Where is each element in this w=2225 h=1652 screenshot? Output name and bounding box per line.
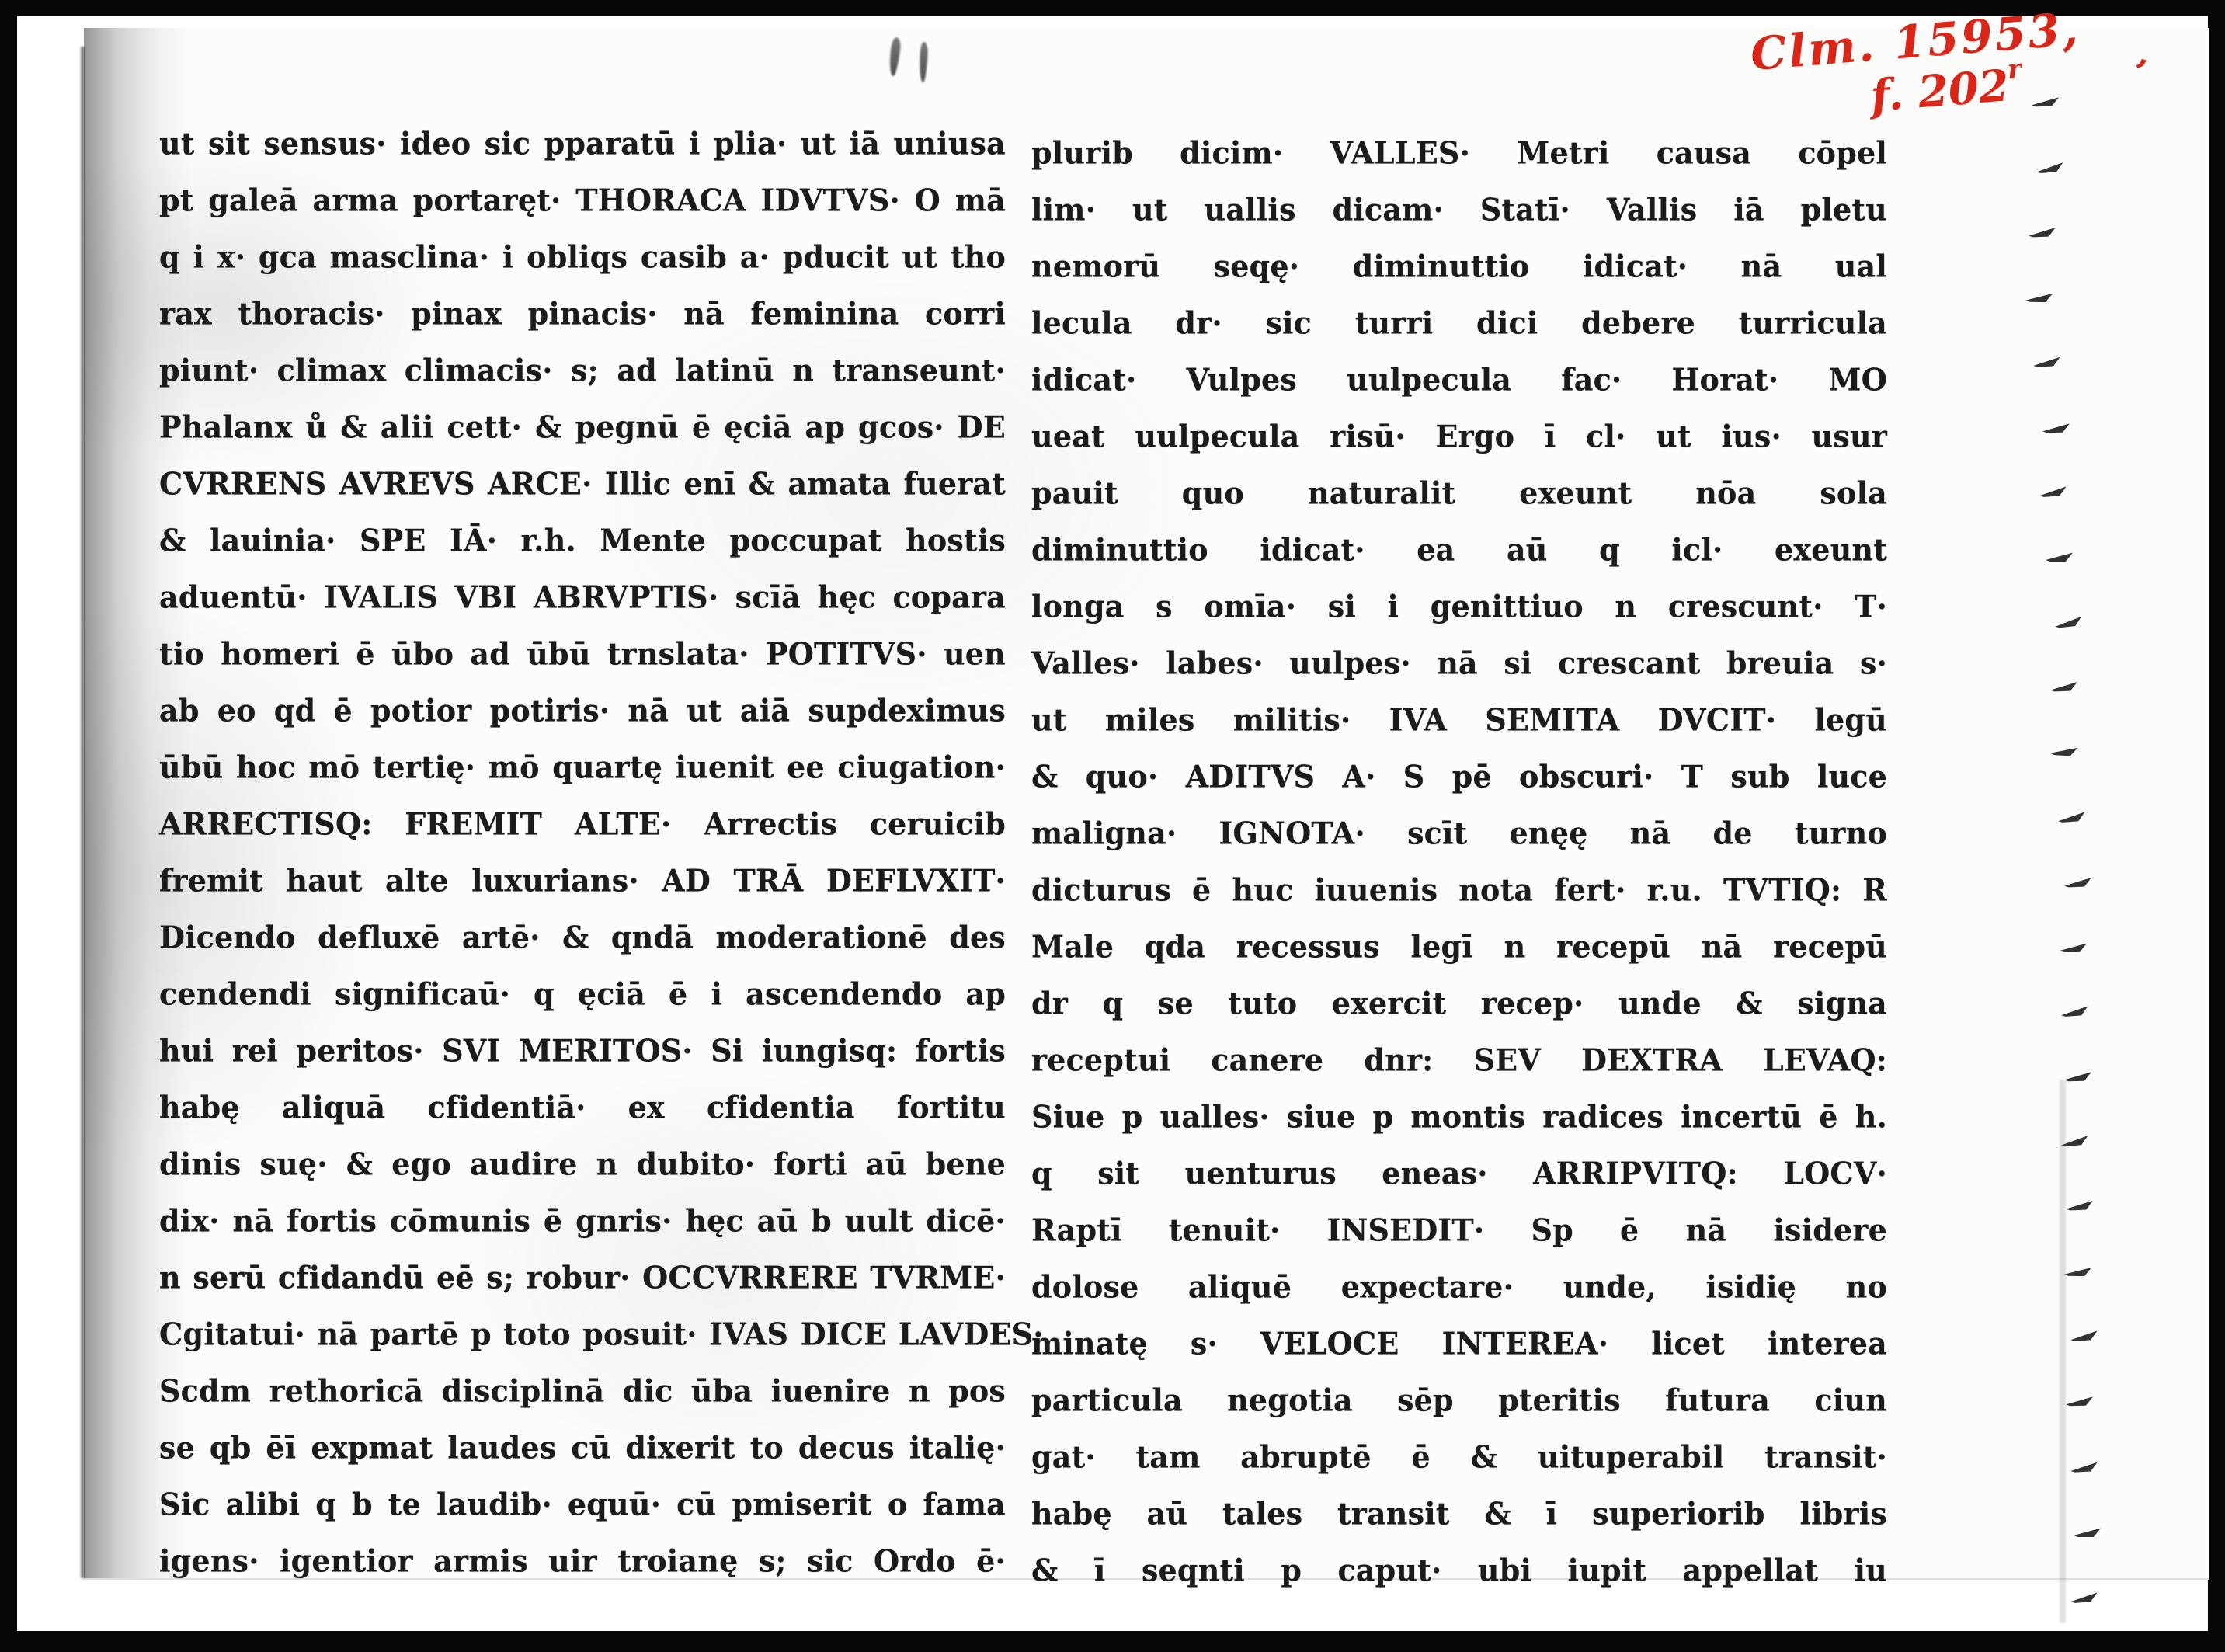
manuscript-line: lim· ut uallis dicam· Statī· Vallis iā p… <box>1031 180 1887 238</box>
manuscript-line: habę aliquā cfidentiā· ex cfidentia fort… <box>159 1078 1006 1136</box>
manuscript-line: piunt· climax climacis· s; ad latinū n t… <box>159 341 1006 399</box>
manuscript-line: ARRECTISQ: FREMIT ALTE· Arrectis ceruici… <box>159 795 1006 853</box>
manuscript-line: fremit haut alte luxurians· AD TRĀ DEFLV… <box>159 851 1006 909</box>
manuscript-line: maligna· IGNOTA· scīt enęę nā de turno <box>1031 804 1887 862</box>
manuscript-line: idicat· Vulpes uulpecula fac· Horat· MO <box>1031 350 1887 409</box>
manuscript-line: Valles· labes· uulpes· nā si crescant br… <box>1031 634 1887 692</box>
manuscript-line: cendendi significaū· q ęciā ē i ascenden… <box>159 965 1006 1023</box>
manuscript-line: Phalanx ů & alii cett· & pegnū ē ęciā ap… <box>159 398 1006 456</box>
manuscript-line: Dicendo defluxē artē· & qndā moderationē… <box>159 908 1006 966</box>
scanned-manuscript-page: ut sit sensus· ideo sic pparatū i plia· … <box>0 0 2225 1652</box>
showthrough-vertical-line <box>2060 1080 2066 1623</box>
manuscript-line: ut sit sensus· ideo sic pparatū i plia· … <box>159 114 1006 172</box>
page-edge <box>81 47 85 1578</box>
manuscript-line: Raptī tenuit· INSEDIT· Sp ē nā isidere <box>1031 1201 1887 1259</box>
manuscript-line: hui rei peritos· SVI MERITOS· Si iungisq… <box>159 1021 1006 1080</box>
manuscript-line: tio homeri ē ūbo ad ūbū trnslata· POTITV… <box>159 624 1006 683</box>
manuscript-line: rax thoracis· pinax pinacis· nā feminina… <box>159 284 1006 343</box>
manuscript-line: plurib dicim· VALLES· Metri causa cōpel <box>1031 123 1887 182</box>
folio-prefix: f. 202 <box>1869 60 2011 122</box>
manuscript-line: pt galeā arma portaręt· THORACA IDVTVS· … <box>159 171 1006 229</box>
manuscript-line: particula negotia sēp pteritis futura ci… <box>1031 1371 1887 1429</box>
manuscript-line: minatę s· VELOCE INTEREA· licet interea <box>1031 1314 1887 1372</box>
manuscript-line: nemorū seqę· diminuttio idicat· nā ual <box>1031 237 1887 295</box>
folio-superscript-r: r <box>2006 54 2022 85</box>
text-column-left: ut sit sensus· ideo sic pparatū i plia· … <box>159 115 1006 1589</box>
manuscript-line: Siue p ualles· siue p montis radices inc… <box>1031 1087 1887 1146</box>
manuscript-line: dinis suę· & ego audire n dubito· forti … <box>159 1135 1006 1193</box>
manuscript-line: se qb ēī expmat laudes cū dixerit to dec… <box>159 1418 1006 1476</box>
manuscript-line: dr q se tuto exercit recep· unde & signa <box>1031 974 1887 1032</box>
manuscript-line: igens· igentior armis uir troianę s; sic… <box>159 1532 1006 1590</box>
manuscript-line: dicturus ē huc iuuenis nota fert· r.u. T… <box>1031 861 1887 919</box>
manuscript-line: Male qda recessus legī n recepū nā recep… <box>1031 917 1887 976</box>
manuscript-line: CVRRENS AVREVS ARCE· Illic enī & amata f… <box>159 454 1006 513</box>
manuscript-line: lecula dr· sic turri dici debere turricu… <box>1031 294 1887 352</box>
manuscript-line: Sic alibi q b te laudib· equū· cū pmiser… <box>159 1475 1006 1533</box>
manuscript-line: longa s omīa· si i genittiuo n crescunt·… <box>1031 577 1887 635</box>
manuscript-line: Cgitatui· nā partē p toto posuit· IVAS D… <box>159 1305 1006 1363</box>
manuscript-line: n serū cfidandū eē s; robur· OCCVRRERE T… <box>159 1248 1006 1306</box>
manuscript-line: & lauinia· SPE IĀ· r.h. Mente poccupat h… <box>159 511 1006 569</box>
manuscript-line: q i x· gca masclina· i obliqs casib a· p… <box>159 228 1006 286</box>
manuscript-line: Scdm rethoricā disciplinā dic ūba iuenir… <box>159 1362 1006 1420</box>
manuscript-line: ut miles militis· IVA SEMITA DVCIT· legū <box>1031 690 1887 749</box>
manuscript-line: ūbū hoc mō tertię· mō quartę iuenit ee c… <box>159 738 1006 796</box>
manuscript-line: dix· nā fortis cōmunis ē gnris· hęc aū b… <box>159 1191 1006 1250</box>
manuscript-line: & quo· ADITVS A· S pē obscuri· T sub luc… <box>1031 747 1887 805</box>
manuscript-line: ueat uulpecula risū· Ergo ī cl· ut ius· … <box>1031 407 1887 465</box>
manuscript-line: diminuttio idicat· ea aū q icl· exeunt <box>1031 520 1887 579</box>
manuscript-line: dolose aliquē expectare· unde, isidię no <box>1031 1257 1887 1316</box>
manuscript-line: habę aū tales transit & ī superiorib lib… <box>1031 1484 1887 1542</box>
manuscript-line: pauit quo naturalit exeunt nōa sola <box>1031 464 1887 522</box>
manuscript-line: aduentū· IVALIS VBI ABRVPTIS· scīā hęc c… <box>159 568 1006 626</box>
manuscript-line: gat· tam abruptē ē & uituperabil transit… <box>1031 1428 1887 1486</box>
manuscript-line: ab eo qd ē potior potiris· nā ut aiā sup… <box>159 681 1006 739</box>
manuscript-line: receptui canere dnr: SEV DEXTRA LEVAQ: <box>1031 1031 1887 1089</box>
manuscript-line: q sit uenturus eneas· ARRIPVITQ: LOCV· <box>1031 1144 1887 1202</box>
text-column-right: plurib dicim· VALLES· Metri causa cōpell… <box>1031 124 1887 1598</box>
manuscript-line: & ī seqnti p caput· ubi iupit appellat i… <box>1031 1541 1887 1599</box>
